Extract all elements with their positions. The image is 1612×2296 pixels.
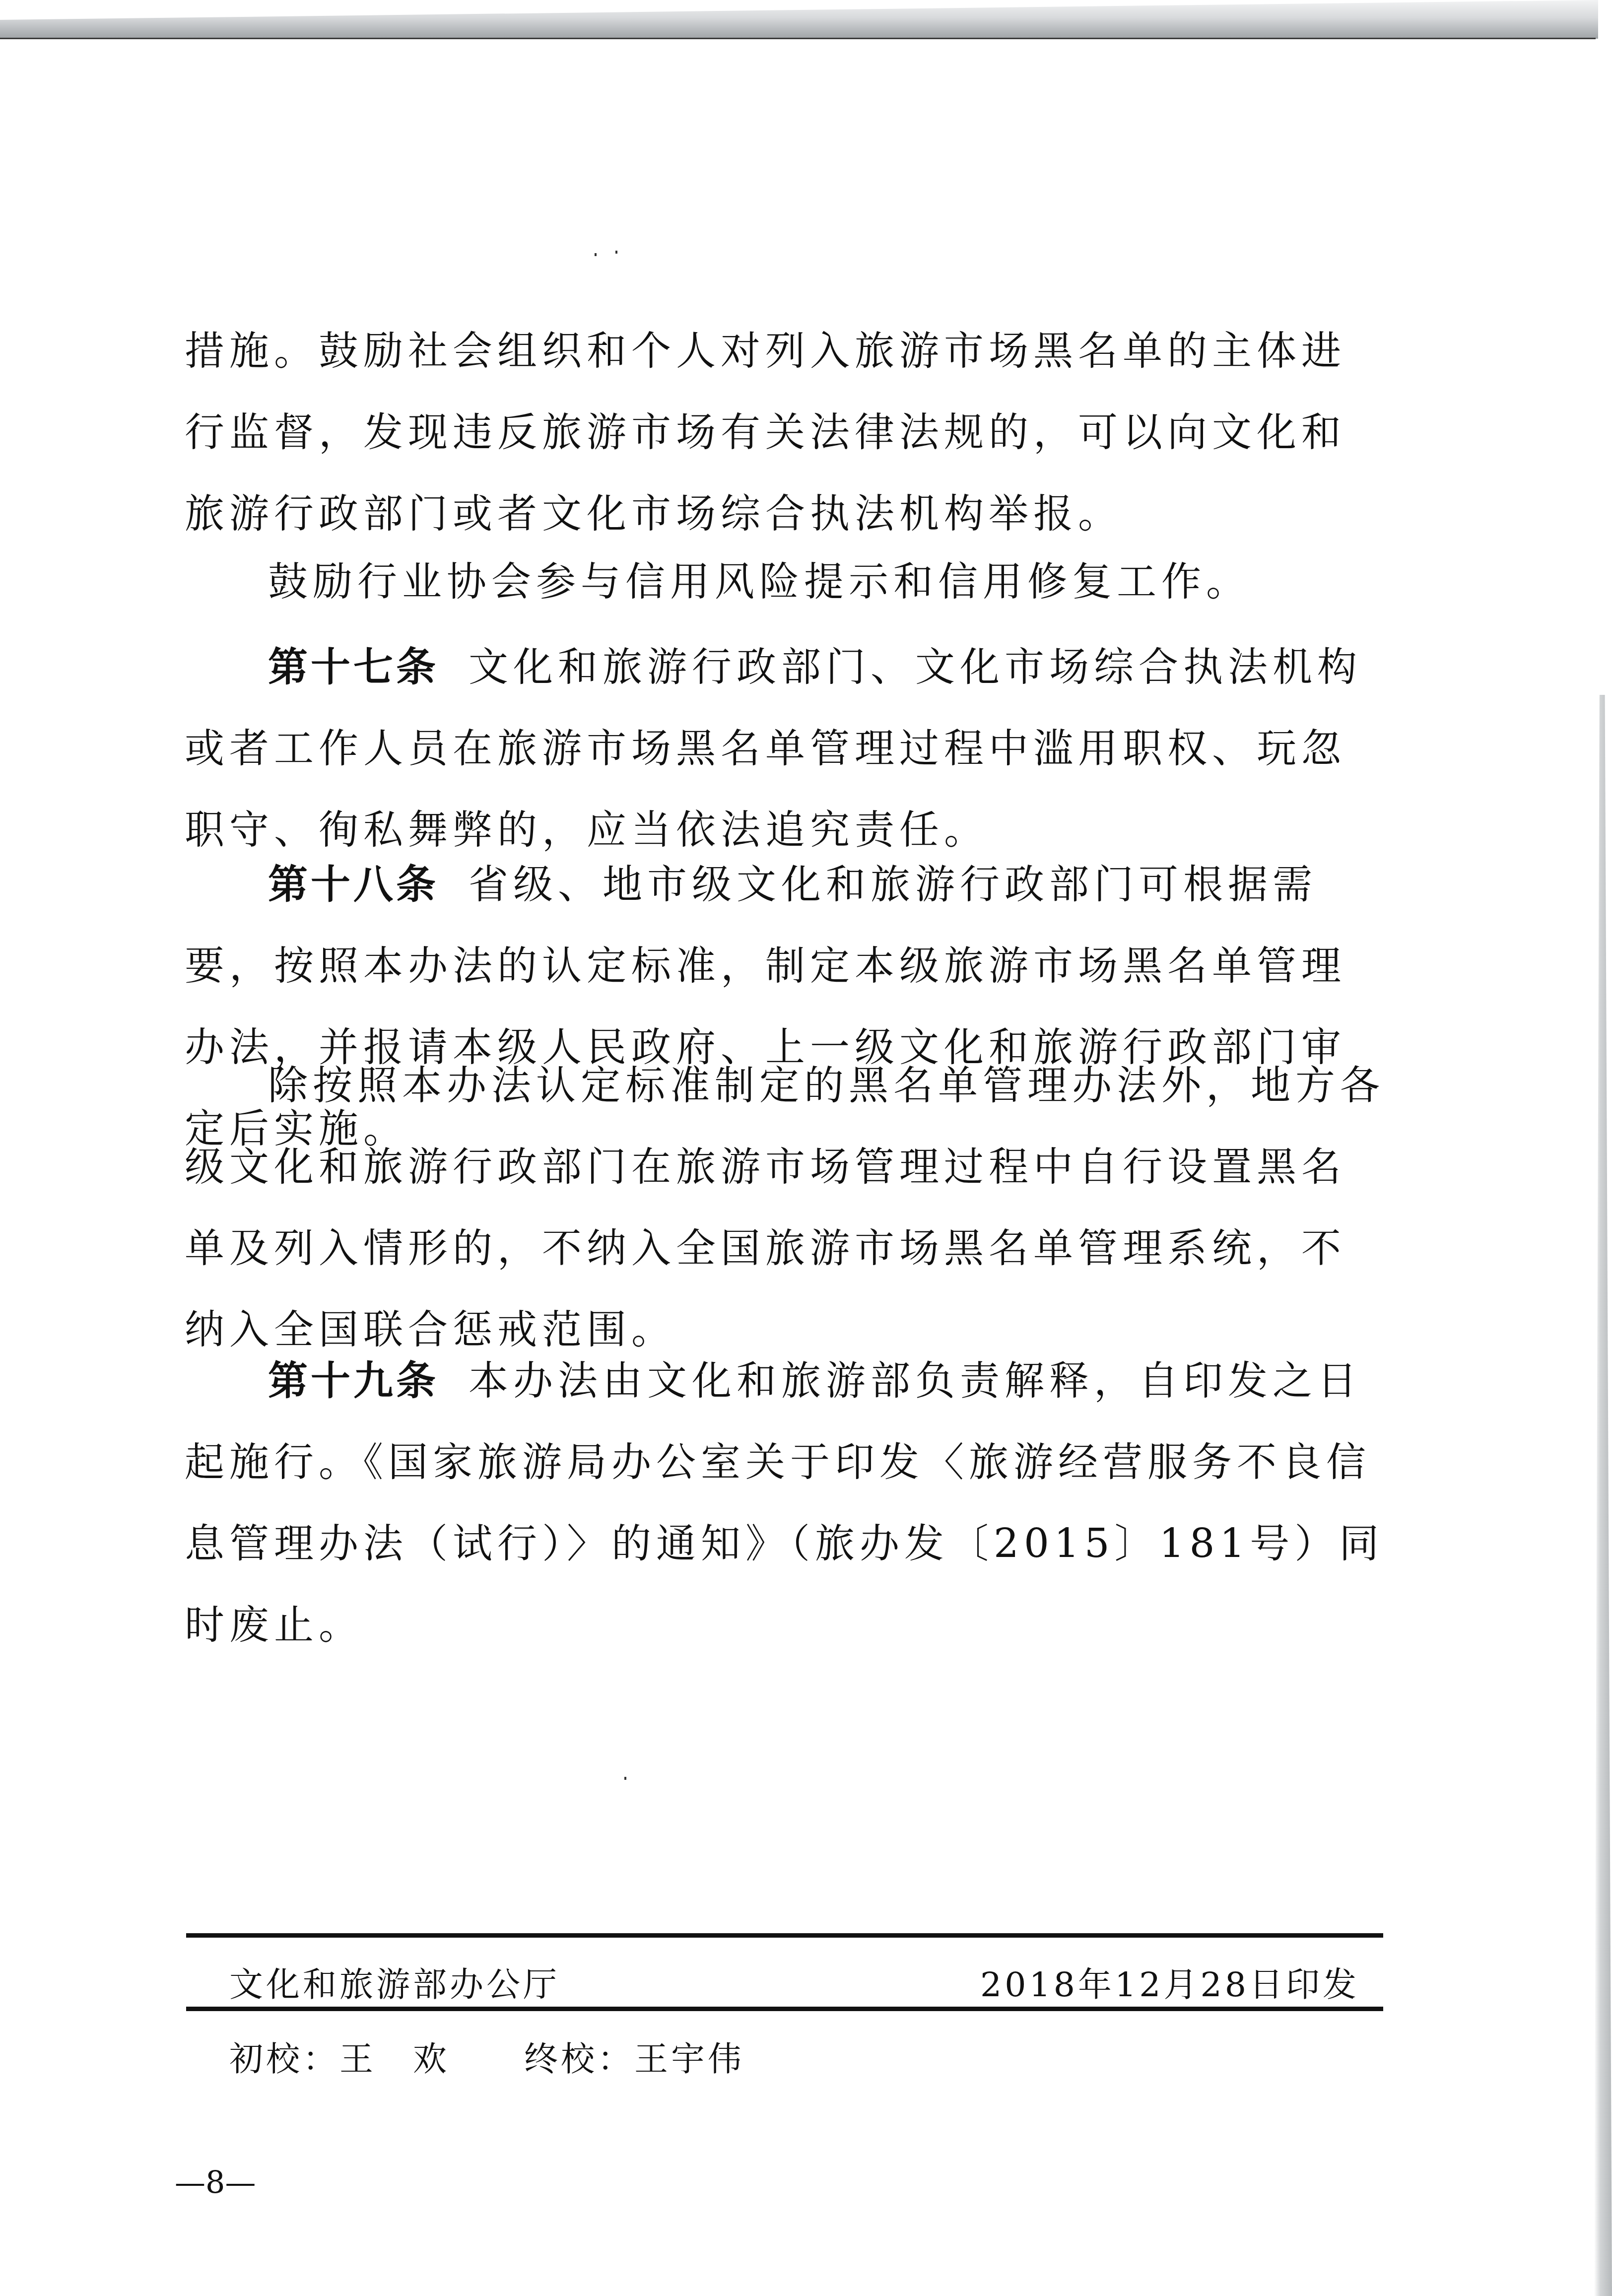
issuer: 文化和旅游部办公厅 (229, 1958, 560, 2006)
article-17: 第十七条文化和旅游行政部门、文化市场综合执法机构或者工作人员在旅游市场黑名单管理… (185, 626, 1386, 871)
scan-top-shadow (0, 0, 1598, 39)
article-heading: 第十八条 (268, 861, 439, 907)
footer-top-rule (186, 1933, 1383, 1938)
scan-page-edge (0, 38, 1596, 39)
paragraph-supervision: 措施。鼓励社会组织和个人对列入旅游市场黑名单的主体进行监督，发现违反旅游市场有关… (185, 310, 1386, 554)
first-proofread-label: 初校： (229, 2040, 339, 2079)
scan-right-shadow (1594, 695, 1612, 2296)
page-number: —8— (175, 2164, 256, 2200)
paragraph-local-blacklists: 除按照本办法认定标准制定的黑名单管理办法外，地方各级文化和旅游行政部门在旅游市场… (185, 1045, 1386, 1370)
scan-speck (624, 1777, 626, 1780)
paragraph-text: 鼓励行业协会参与信用风险提示和信用修复工作。 (268, 558, 1251, 605)
paragraph-text: 措施。鼓励社会组织和个人对列入旅游市场黑名单的主体进行监督，发现违反旅游市场有关… (185, 328, 1346, 537)
article-heading: 第十七条 (268, 644, 439, 690)
issue-date: 2018年12月28日印发 (980, 1958, 1359, 2006)
final-proofread-label: 终校： (524, 2040, 634, 2079)
scan-speck (615, 251, 617, 254)
footer-bottom-rule (186, 2007, 1383, 2011)
scan-speck (595, 253, 597, 256)
paragraph-text: 除按照本办法认定标准制定的黑名单管理办法外，地方各级文化和旅游行政部门在旅游市场… (185, 1062, 1385, 1352)
proofreaders: 初校：王 欢终校：王宇伟 (229, 2032, 744, 2081)
final-proofreader: 王宇伟 (634, 2040, 744, 2079)
article-19: 第十九条本办法由文化和旅游部负责解释，自印发之日起施行。《国家旅游局办公室关于印… (185, 1340, 1386, 1666)
paragraph-industry-association: 鼓励行业协会参与信用风险提示和信用修复工作。 (185, 541, 1386, 622)
first-proofreader: 王 欢 (339, 2040, 450, 2079)
article-heading: 第十九条 (268, 1357, 439, 1404)
